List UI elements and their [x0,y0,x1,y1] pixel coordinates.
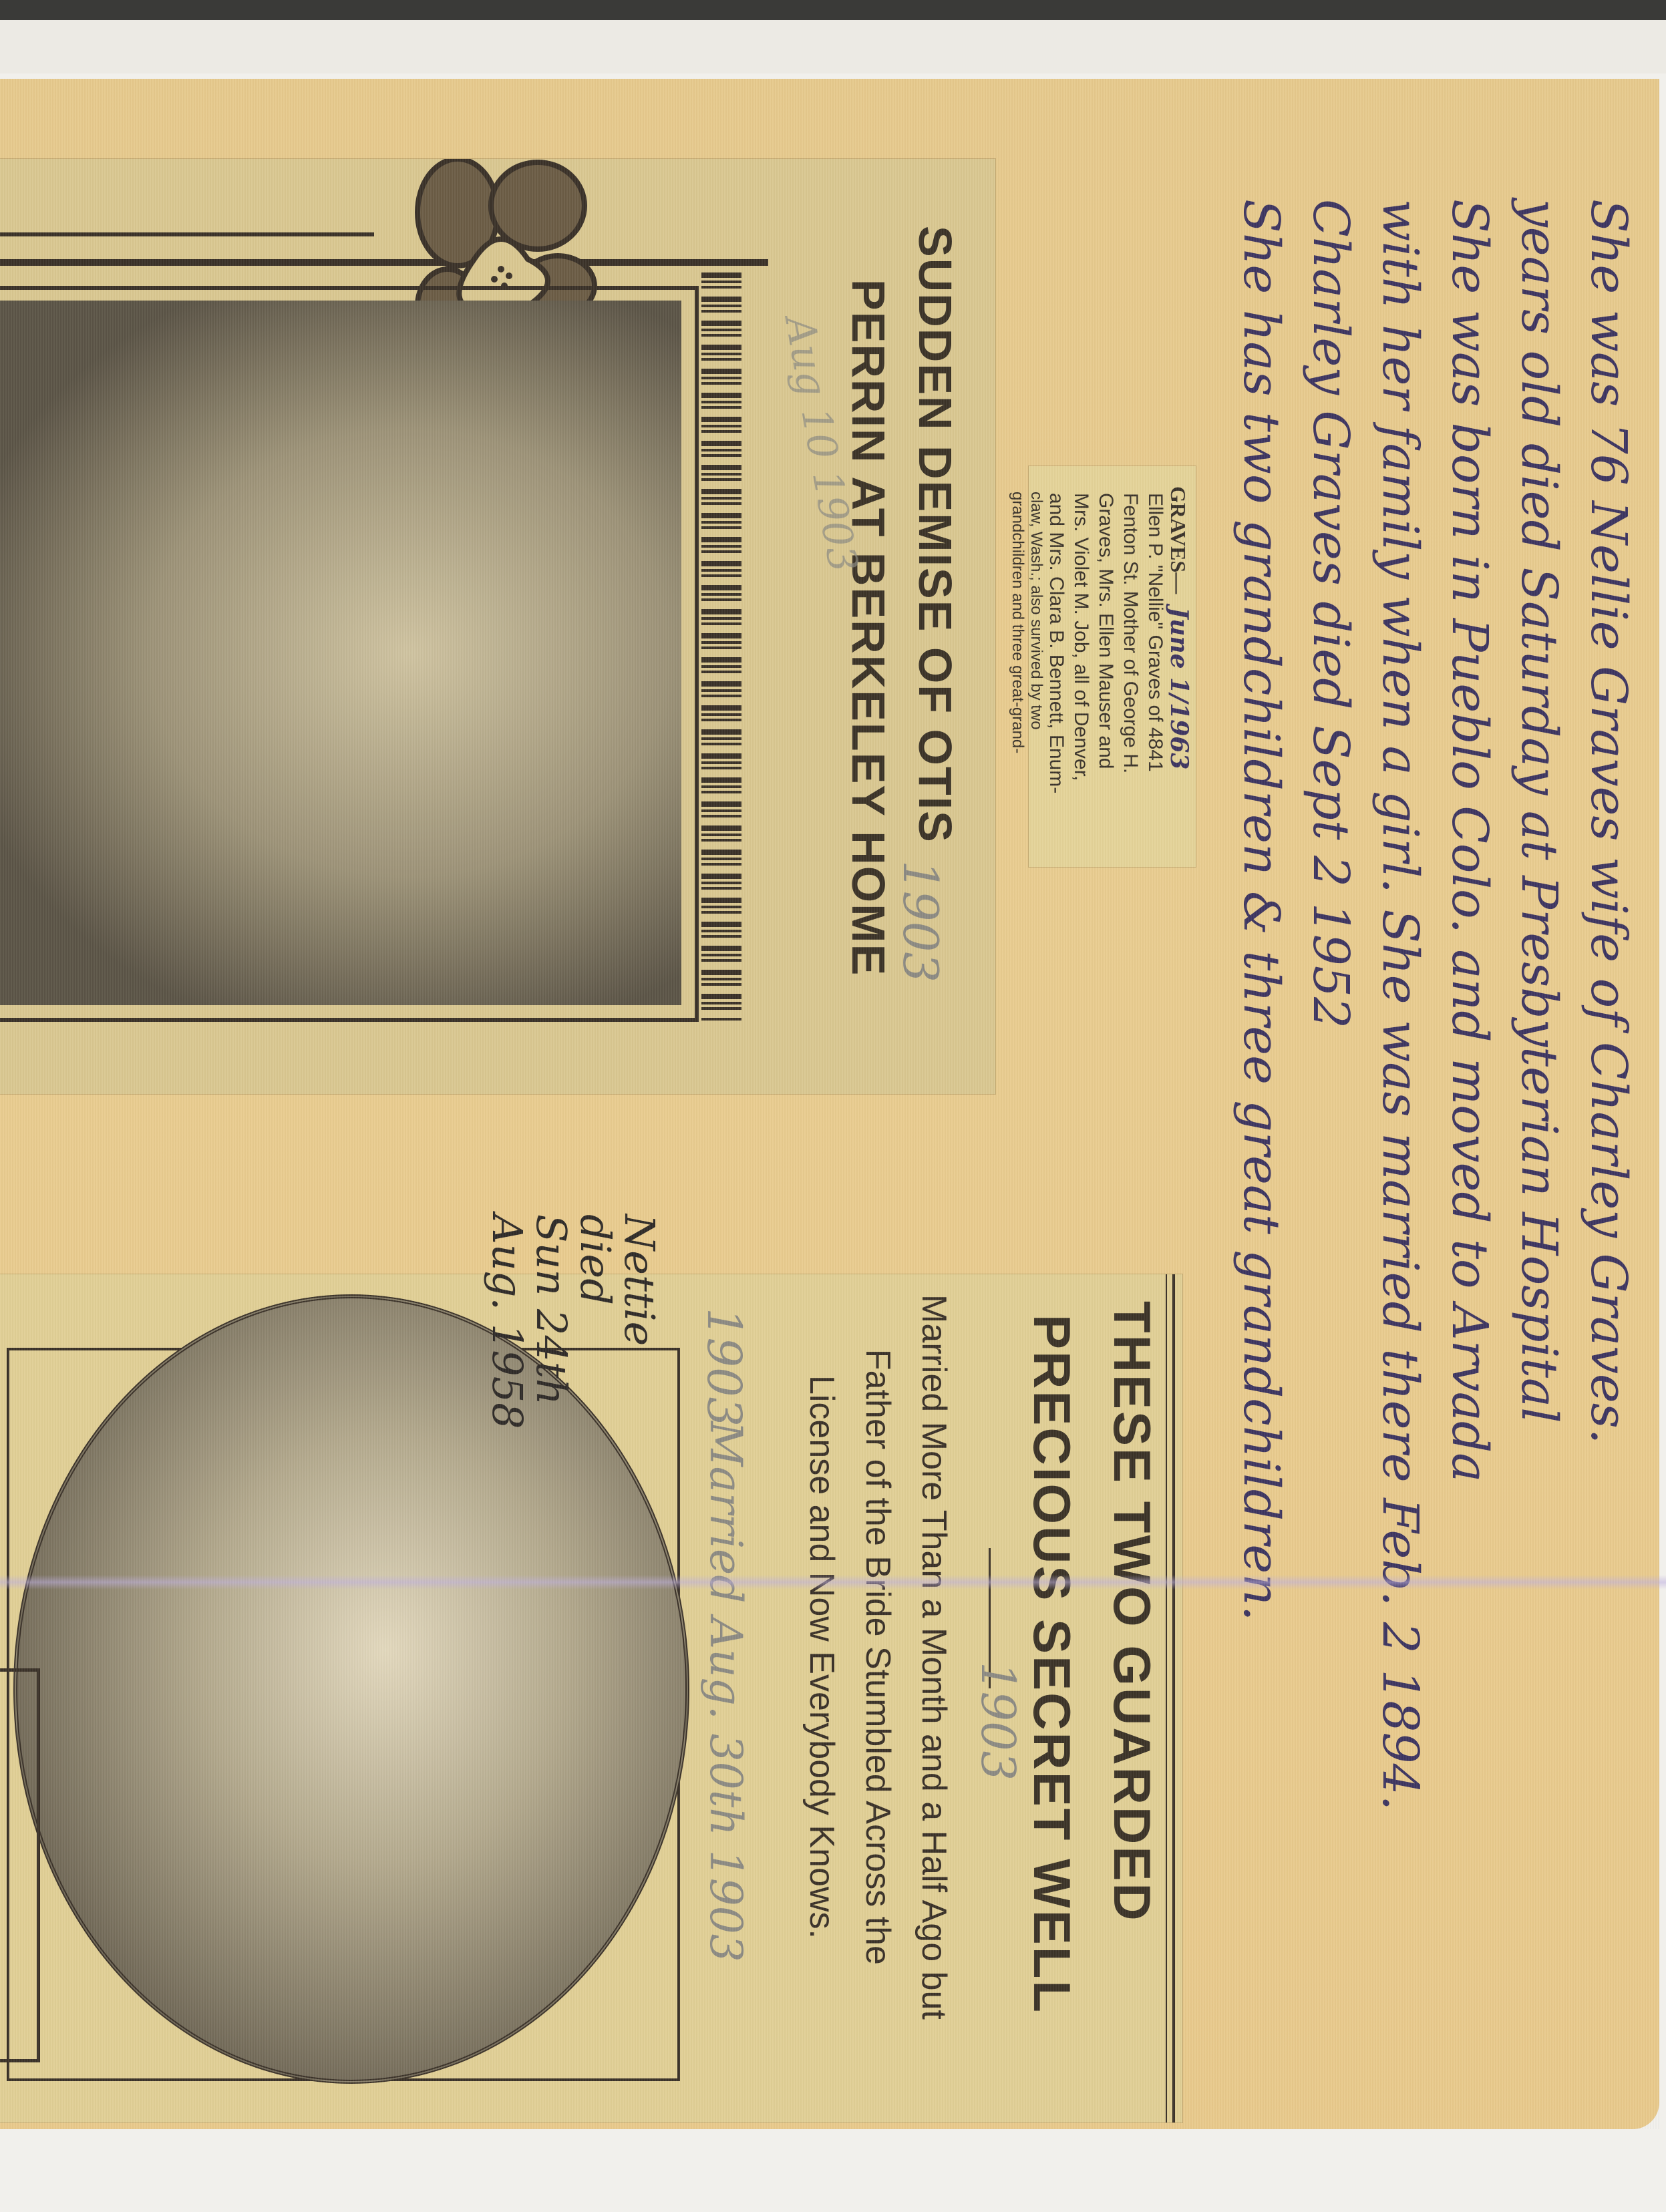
obituary-line: Fenton St. Mother of George H. [1118,493,1143,793]
secret-pencil-married: Married Aug. 30th 1903 [700,1421,752,1962]
note-line: She has two grandchildren & three great … [1226,199,1296,1811]
obituary-heading: GRAVES— June 1/1963 [1165,486,1193,769]
subhead-line: Married More Than a Month and a Half Ago… [906,1294,962,2020]
secret-pencil-note-year: 1903 [697,1308,752,1427]
obituary-body-2: claw, Wash.; also survived by two grandc… [1008,492,1045,753]
frame-strip [701,272,741,1021]
note-line: years old died Saturday at Presbyterian … [1504,199,1574,1811]
handwritten-note-main: She was 76 Nellie Graves wife of Charley… [1226,199,1643,1811]
subhead-line: Father of the Bride Stumbled Across the [850,1294,906,2020]
note-line: Charley Graves died Sept 2 1952 [1296,199,1365,1811]
obituary-handwritten-date: June 1/1963 [1165,607,1193,769]
note-line: Nettie [617,1214,661,1429]
secret-headline-line2: PRECIOUS SECRET WELL [1021,1314,1082,2014]
secret-subhead: Married More Than a Month and a Half Ago… [794,1294,962,2020]
obituary-line: Ellen P. "Nellie" Graves of 4841 [1143,493,1168,793]
secret-pencil-year: 1903 [971,1662,1025,1781]
otis-clipping: SUDDEN DEMISE OF OTIS PERRIN AT BERKELEY… [0,159,995,1094]
otis-headline-line1: SUDDEN DEMISE OF OTIS [908,226,962,844]
inset-frame [0,1668,40,2062]
column-rule [1166,1274,1167,2123]
note-line: She was 76 Nellie Graves wife of Charley… [1574,199,1643,1811]
otis-portrait-photo [0,301,681,1005]
obituary-line: claw, Wash.; also survived by two [1027,492,1045,753]
otis-pencil-year: 1903 [892,860,949,982]
handwritten-note-nettie: Nettie died Sun 24th Aug. 1958 [485,1214,661,1429]
obituary-body: Ellen P. "Nellie" Graves of 4841 Fenton … [1044,493,1168,793]
column-rule [1172,1274,1175,2123]
note-line: Sun 24th [529,1214,573,1429]
scanner-margin-bottom [0,2129,1666,2212]
obituary-heading-text: GRAVES— [1166,486,1190,594]
obituary-line: and Mrs. Clara B. Bennett, Enum- [1044,493,1069,793]
obituary-clipping: GRAVES— June 1/1963 Ellen P. "Nellie" Gr… [1029,466,1196,867]
note-line: She was born in Pueblo Colo. and moved t… [1435,199,1504,1811]
note-line: Aug. 1958 [485,1214,529,1429]
scrapbook-page: SUDDEN DEMISE OF OTIS PERRIN AT BERKELEY… [0,79,1659,2129]
obituary-line: Graves, Mrs. Ellen Mauser and [1094,493,1118,793]
subhead-line: License and Now Everybody Knows. [794,1294,850,2020]
otis-headline-line2: PERRIN AT BERKELEY HOME [842,279,895,976]
scanner-edge-top [0,0,1666,20]
ornament-band [0,232,374,236]
secret-headline-line1: THESE TWO GUARDED [1102,1301,1162,1923]
obituary-line: grandchildren and three great-grand- [1008,492,1027,753]
scanner-margin-top [0,20,1666,73]
obituary-line: Mrs. Violet M. Job, all of Denver, [1069,493,1094,793]
note-line: died [573,1214,617,1429]
note-line: with her family when a girl. She was mar… [1365,199,1435,1811]
ornament-band [0,259,768,266]
scan-artifact-line [0,1575,1666,1590]
